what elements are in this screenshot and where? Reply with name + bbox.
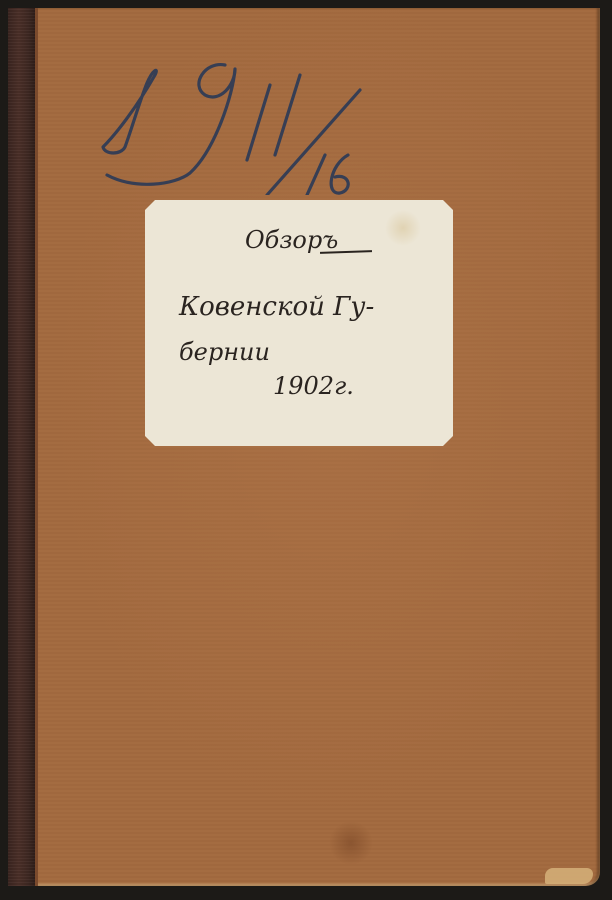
call-number: Д 911/16 <box>95 55 375 195</box>
label-line-2: Ковенской Гу- <box>179 292 374 322</box>
book-spine <box>8 8 35 886</box>
paper-label: Обзоръ Ковенской Гу- бернии 1902г. <box>145 200 453 446</box>
call-number-handwriting <box>95 55 375 195</box>
spine-edge <box>35 8 38 886</box>
label-year: 1902г. <box>273 372 354 400</box>
worn-corner <box>545 868 593 884</box>
title-underline <box>320 250 372 254</box>
label-title: Обзоръ <box>245 226 338 254</box>
label-line-3: бернии <box>179 338 270 366</box>
